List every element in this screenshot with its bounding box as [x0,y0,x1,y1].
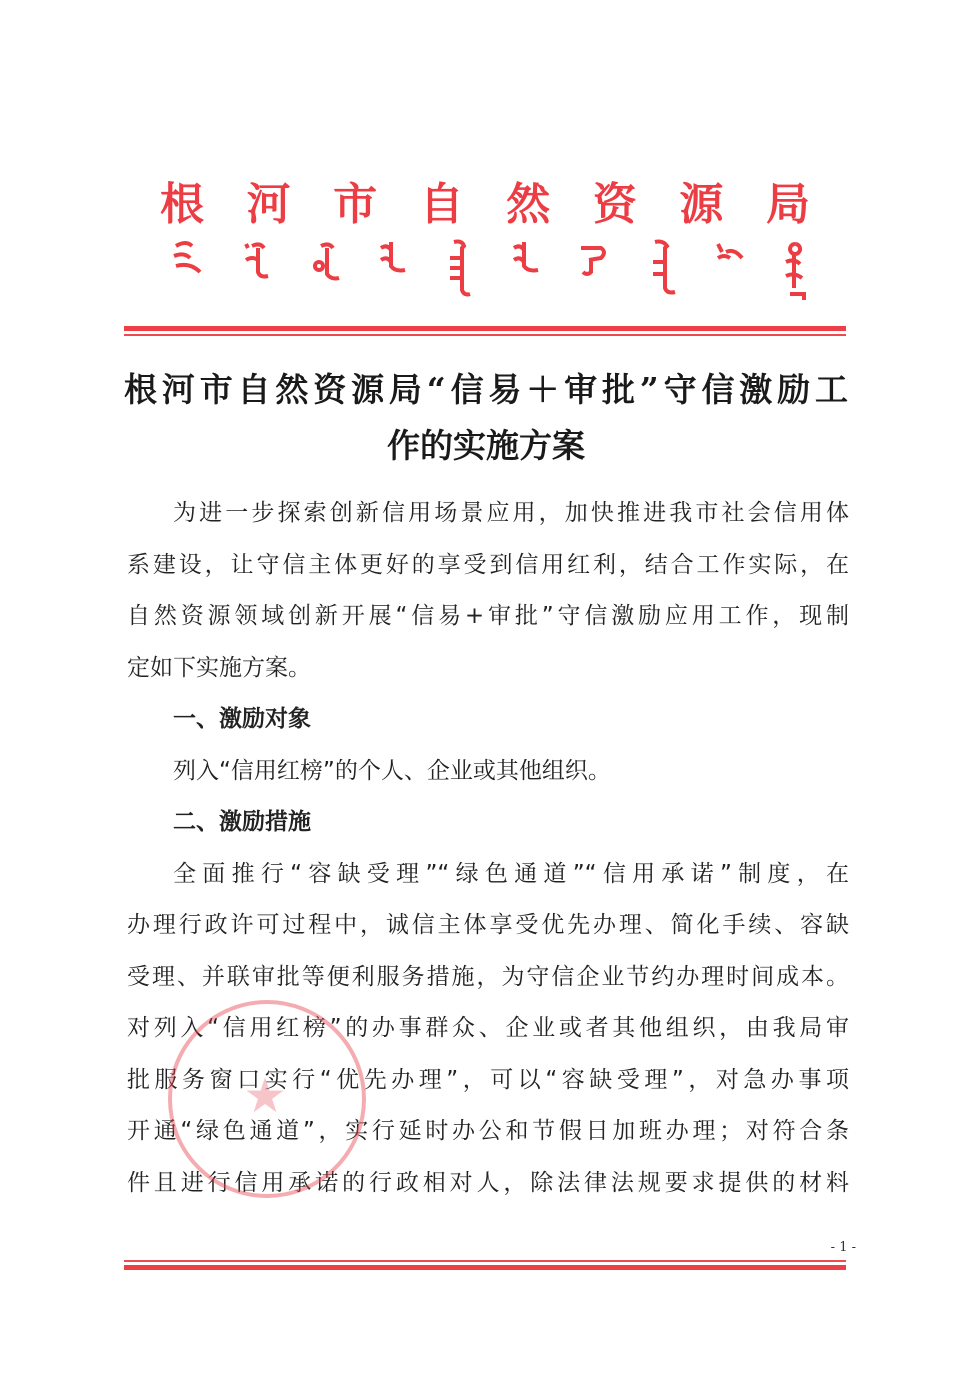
org-char: 河 [247,180,291,230]
org-char: 局 [766,180,810,230]
org-char: 然 [506,180,550,230]
letterhead-mongolian-script [170,238,810,308]
mongolian-glyph-icon [712,238,746,268]
header-rule-thick [124,326,846,331]
section-heading-2: 二、激励措施 [127,797,849,849]
letterhead-org-name: 根 河 市 自 然 资 源 局 [160,180,810,230]
mongolian-glyph-icon [508,238,542,276]
text-line: 开通“绿色通道”，实行延时办公和节假日加班办理；对符合条 [127,1106,849,1158]
org-char: 自 [420,180,464,230]
text-line: 全面推行“容缺受理”“绿色通道”“信用承诺”制度，在 [127,849,849,901]
intro-paragraph: 为进一步探索创新信用场景应用，加快推进我市社会信用体 [127,488,849,540]
title-line-2: 作的实施方案 [124,418,848,474]
header-rule-thin [124,334,846,336]
text-line: 为进一步探索创新信用场景应用，加快推进我市社会信用体 [127,488,849,540]
text-line: 受理、并联审批等便利服务措施，为守信企业节约办理时间成本。 [127,952,849,1004]
section-2-paragraph: 全面推行“容缺受理”“绿色通道”“信用承诺”制度，在 [127,849,849,901]
page-number: - 1 - [826,1240,856,1255]
footer-rule-thin [124,1260,846,1262]
mongolian-glyph-icon [375,238,409,276]
text-line: 自然资源领域创新开展“信易+审批”守信激励应用工作，现制 [127,591,849,643]
intro-paragraph-cont: 系建设，让守信主体更好的享受到信用红利，结合工作实际，在 自然资源领域创新开展“… [127,540,849,695]
text-line: 对列入“信用红榜”的办事群众、企业或者其他组织，由我局审 [127,1003,849,1055]
document-title: 根河市自然资源局“信易＋审批”守信激励工 作的实施方案 [124,362,848,474]
section-1-paragraph: 列入“信用红榜”的个人、企业或其他组织。 [127,746,849,798]
document-page: 根 河 市 自 然 资 源 局 根河市自然资源局“信易＋审批”守信激励工 作的实… [0,0,980,1386]
footer-rule-thick [124,1265,846,1270]
text-line: 列入“信用红榜”的个人、企业或其他组织。 [127,746,849,798]
section-heading-1: 一、激励对象 [127,694,849,746]
mongolian-glyph-icon [645,238,677,298]
org-char: 根 [160,180,204,230]
mongolian-glyph-icon [170,238,204,278]
mongolian-glyph-icon [780,238,810,304]
section-2-paragraph-cont: 办理行政许可过程中，诚信主体享受优先办理、简化手续、容缺 受理、并联审批等便利服… [127,900,849,1209]
title-line-1: 根河市自然资源局“信易＋审批”守信激励工 [124,362,848,418]
org-char: 源 [679,180,723,230]
document-body: 为进一步探索创新信用场景应用，加快推进我市社会信用体 系建设，让守信主体更好的享… [127,488,849,1209]
mongolian-glyph-icon [307,238,341,284]
org-char: 资 [593,180,637,230]
text-line: 定如下实施方案。 [127,643,849,695]
text-line: 办理行政许可过程中，诚信主体享受优先办理、简化手续、容缺 [127,900,849,952]
mongolian-glyph-icon [577,238,611,278]
text-line: 批服务窗口实行“优先办理”，可以“容缺受理”，对急办事项 [127,1055,849,1107]
text-line: 系建设，让守信主体更好的享受到信用红利，结合工作实际，在 [127,540,849,592]
org-char: 市 [333,180,377,230]
mongolian-glyph-icon [238,238,272,282]
mongolian-glyph-icon [444,238,474,300]
text-line: 件且进行信用承诺的行政相对人，除法律法规要求提供的材料 [127,1158,849,1210]
